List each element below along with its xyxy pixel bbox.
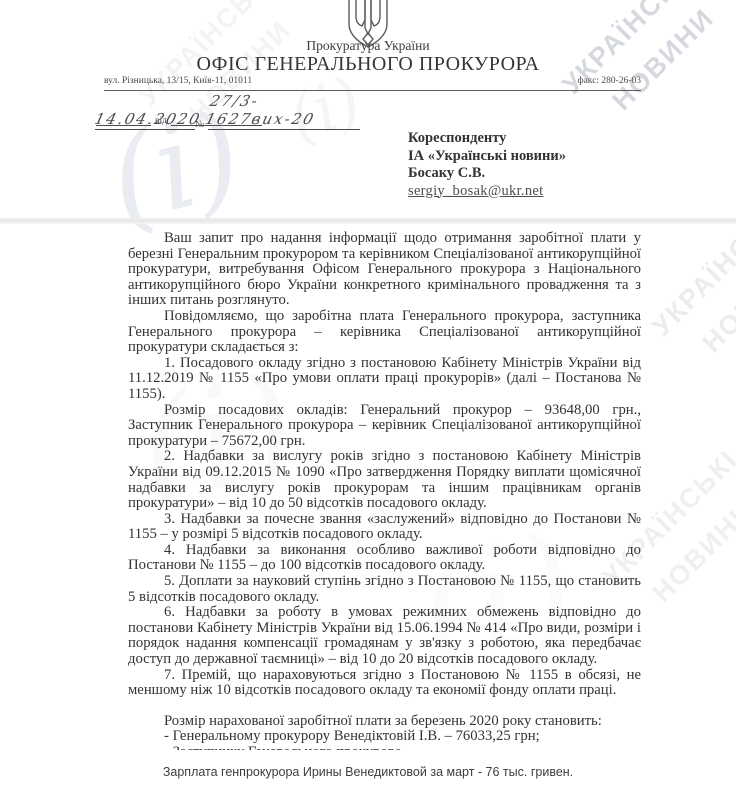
salary-heading: Розмір нарахованої заробітної плати за б… bbox=[128, 714, 641, 730]
vid-label: від bbox=[155, 116, 167, 126]
blank-field bbox=[171, 114, 262, 126]
body-paragraph: 6. Надбавки за роботу в умовах режимних … bbox=[128, 605, 641, 667]
recipient-block: Кореспонденту ІА «Українські новини» Бос… bbox=[408, 130, 566, 200]
vid-row: від bbox=[96, 114, 262, 126]
body-paragraph: Ваш запит про надання інформації щодо от… bbox=[128, 231, 641, 309]
org-fax: факс: 280-26-03 bbox=[577, 76, 641, 86]
body-paragraph: 2. Надбавки за вислугу років згідно з по… bbox=[128, 449, 641, 511]
recipient-title: Кореспонденту bbox=[408, 130, 566, 148]
org-name-small: Прокуратура України bbox=[0, 38, 736, 54]
body-paragraph: Розмір посадових окладів: Генеральний пр… bbox=[128, 403, 641, 450]
org-address: вул. Різницька, 13/15, Київ-11, 01011 bbox=[104, 76, 252, 86]
blank-field bbox=[96, 114, 151, 126]
letterhead-divider bbox=[104, 90, 641, 91]
letter-body: Ваш запит про надання інформації щодо от… bbox=[128, 231, 641, 750]
org-name-large: ОФІС ГЕНЕРАЛЬНОГО ПРОКУРОРА bbox=[0, 53, 736, 76]
watermark-line1: УКРАЇНСЬКІ bbox=[641, 189, 736, 348]
body-paragraph: 5. Доплати за науковий ступінь згідно з … bbox=[128, 574, 641, 605]
body-paragraph: 7. Премій, що нараховуються згідно з Пос… bbox=[128, 668, 641, 699]
scan-seam bbox=[0, 218, 736, 224]
photo-caption: Зарплата генпрокурора Ирины Венедиктовой… bbox=[0, 765, 736, 779]
body-paragraph: 3. Надбавки за почесне звання «заслужени… bbox=[128, 512, 641, 543]
scanned-letter-page: УКРАЇНСЬКІ НОВИНИ УКРАЇНСЬКІ НОВИНИ УКРА… bbox=[0, 0, 736, 798]
body-paragraph: Повідомляємо, що заробітна плата Генерал… bbox=[128, 309, 641, 356]
body-paragraph: 4. Надбавки за виконання особливо важлив… bbox=[128, 543, 641, 574]
cutoff-line: - Заступнику Генерального прокурора bbox=[128, 745, 641, 750]
watermark-line2: НОВИНИ bbox=[674, 222, 736, 381]
body-paragraph: 1. Посадового окладу згідно з постановою… bbox=[128, 356, 641, 403]
recipient-email-link[interactable]: sergiy_bosak@ukr.net bbox=[408, 183, 566, 201]
recipient-agency: ІА «Українські новини» bbox=[408, 148, 566, 166]
recipient-name: Босаку С.В. bbox=[408, 165, 566, 183]
letterhead-contact-row: вул. Різницька, 13/15, Київ-11, 01011 фа… bbox=[104, 76, 641, 86]
salary-line-general-prosecutor: - Генеральному прокурору Венедіктовій І.… bbox=[128, 729, 641, 745]
